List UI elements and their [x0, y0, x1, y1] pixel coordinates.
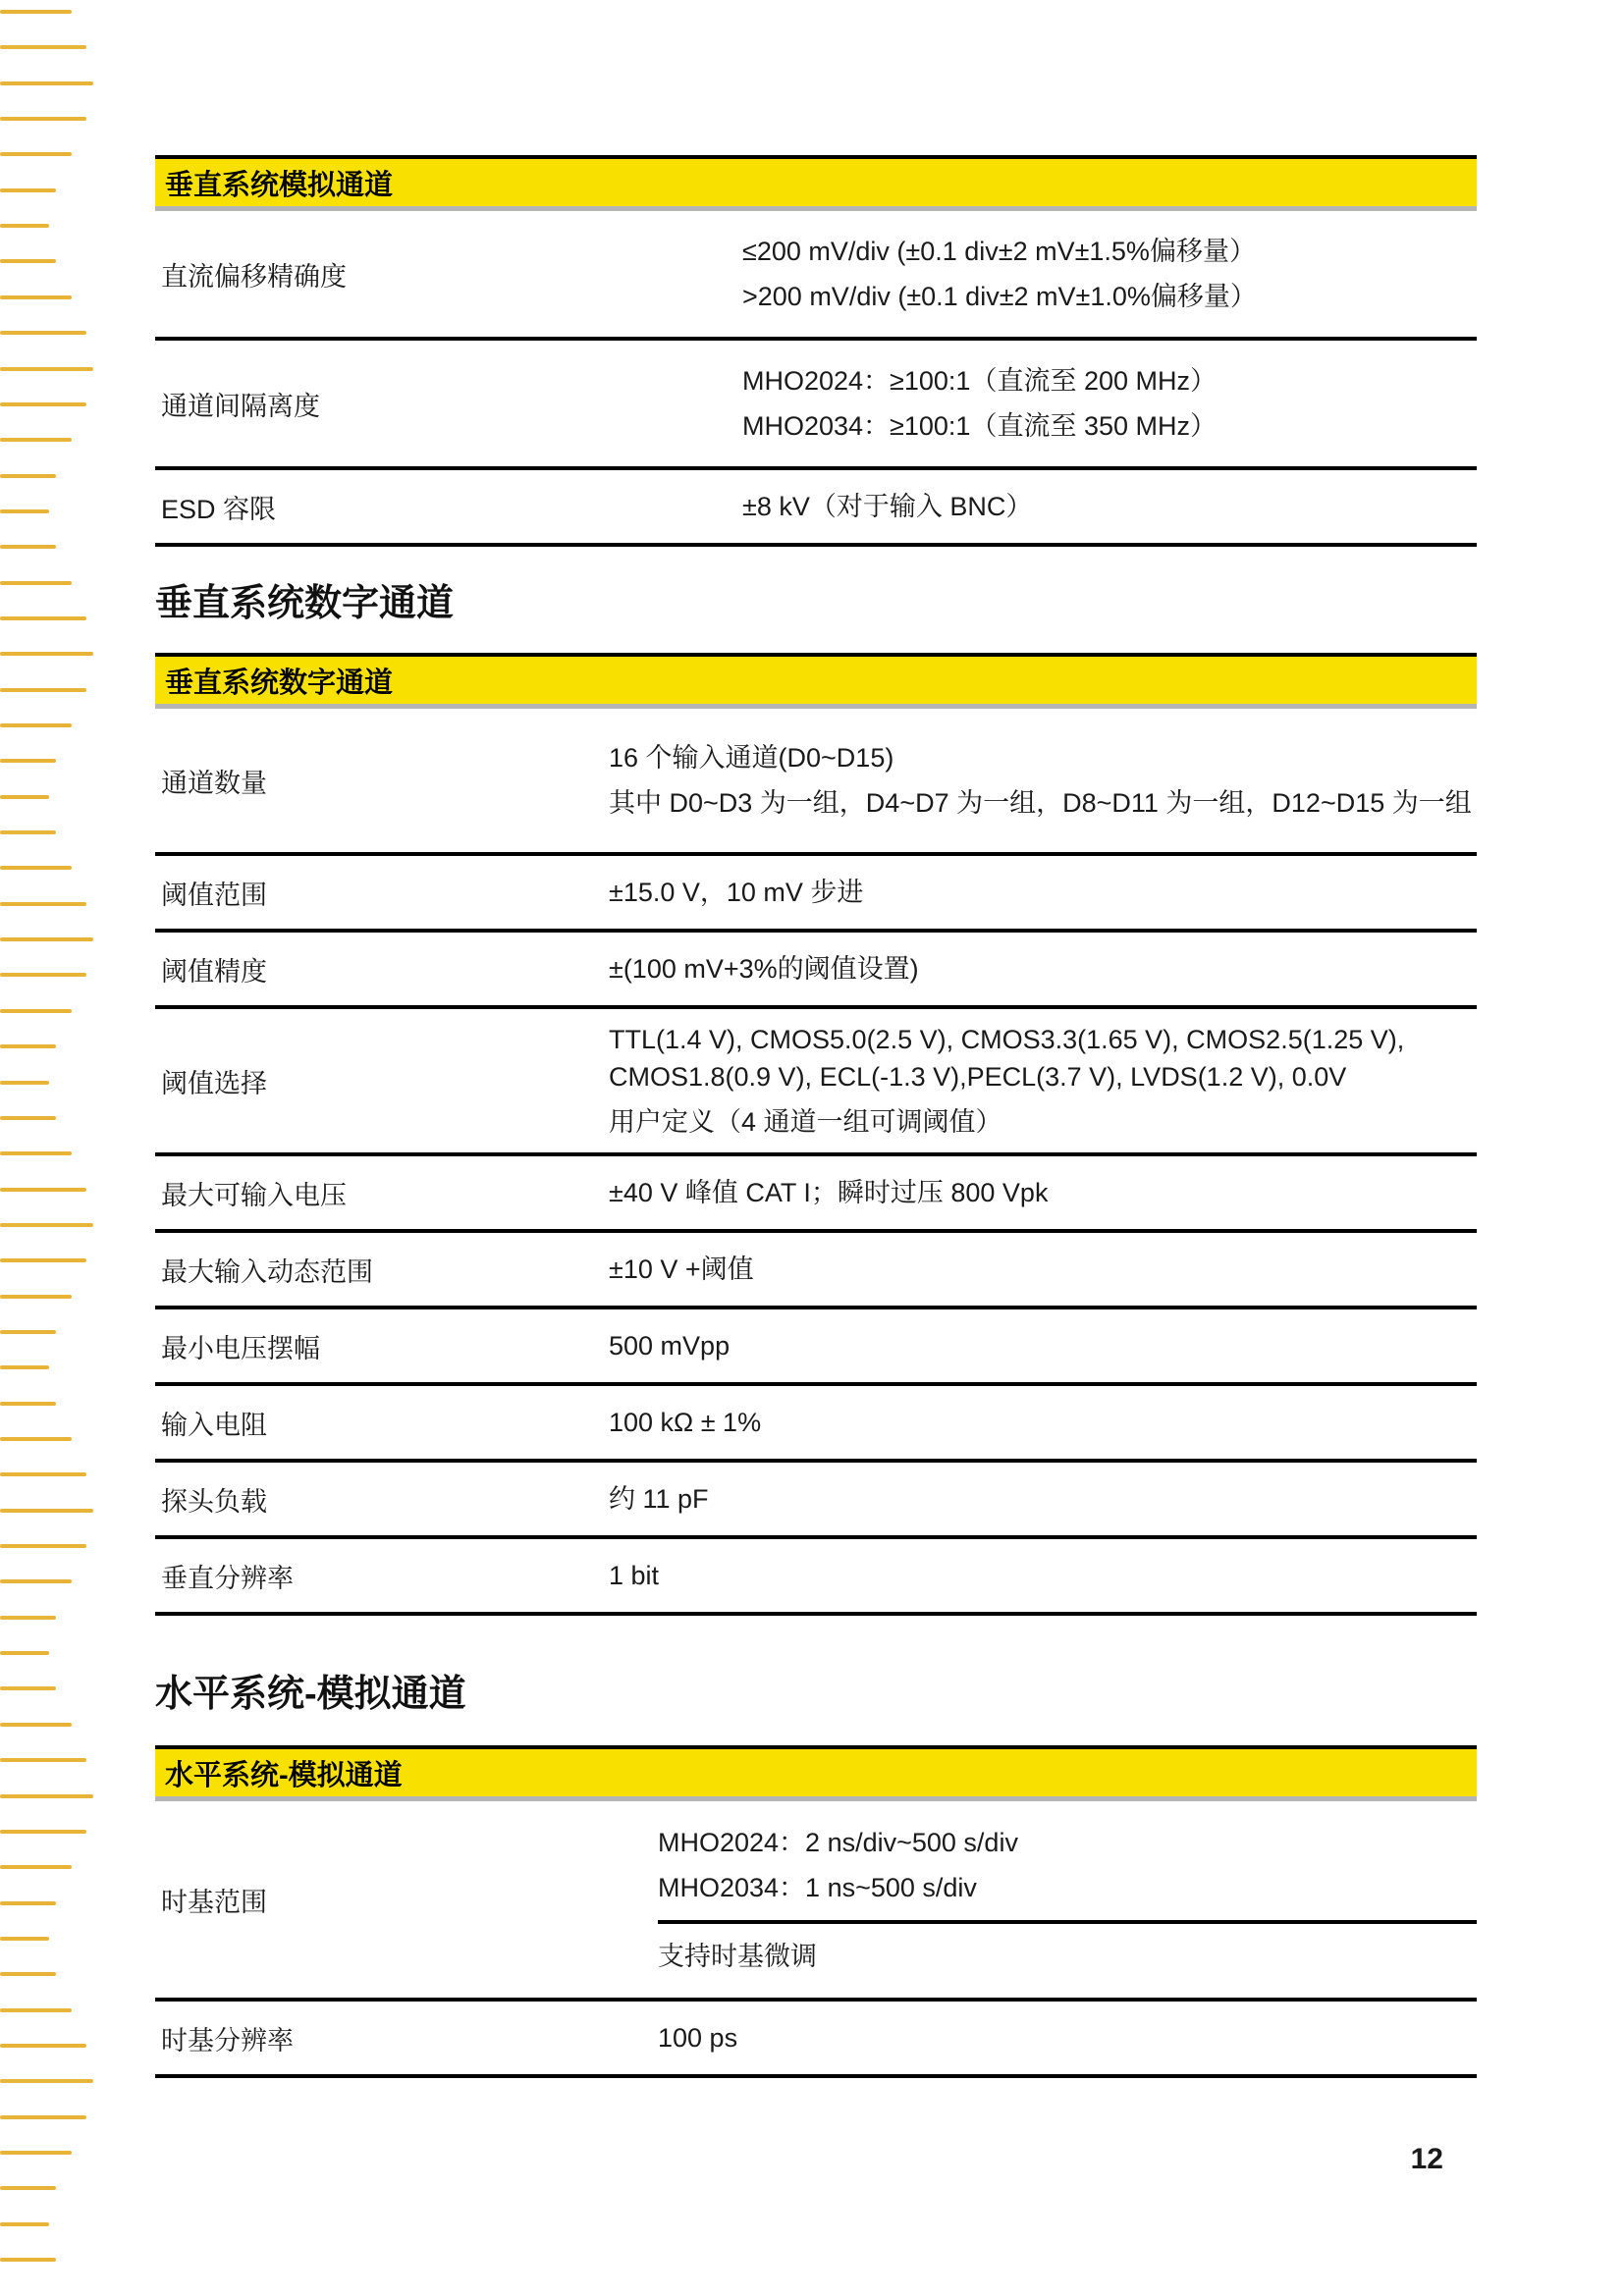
- decor-stripe: [0, 616, 86, 620]
- page-number: 12: [155, 2143, 1477, 2176]
- spec-label: 时基分辨率: [155, 2019, 658, 2057]
- decor-stripe: [0, 45, 86, 49]
- decor-stripe: [0, 1295, 72, 1299]
- decor-stripe: [0, 474, 56, 478]
- decor-stripe: [0, 1116, 56, 1120]
- table-row: 阈值精度 ±(100 mV+3%的阈值设置): [155, 933, 1477, 1009]
- page-content: 垂直系统模拟通道 直流偏移精确度 ≤200 mV/div (±0.1 div±2…: [155, 0, 1477, 2176]
- table-row: 直流偏移精确度 ≤200 mV/div (±0.1 div±2 mV±1.5%偏…: [155, 211, 1477, 341]
- decor-stripe: [0, 1258, 86, 1262]
- spec-label: 输入电阻: [155, 1404, 609, 1442]
- spec-value: 100 ps: [658, 2019, 1477, 2056]
- decor-stripe: [0, 1009, 72, 1013]
- decor-stripe: [0, 1402, 56, 1406]
- spec-value: 16 个输入通道(D0~D15): [609, 739, 1477, 776]
- spec-table-vertical-analog: 垂直系统模拟通道 直流偏移精确度 ≤200 mV/div (±0.1 div±2…: [155, 155, 1477, 547]
- decor-stripes: [0, 0, 118, 2296]
- spec-value-group: 约 11 pF: [609, 1472, 1477, 1525]
- decor-stripe: [0, 1865, 72, 1869]
- spec-value-group: 100 kΩ ± 1%: [609, 1396, 1477, 1449]
- spec-label: 最小电压摆幅: [155, 1327, 609, 1365]
- decor-stripe: [0, 1579, 72, 1583]
- spec-value: 支持时基微调: [658, 1938, 1477, 1975]
- spec-value-group: 16 个输入通道(D0~D15) 其中 D0~D3 为一组，D4~D7 为一组，…: [609, 731, 1477, 829]
- table-row: 阈值选择 TTL(1.4 V), CMOS5.0(2.5 V), CMOS3.3…: [155, 1009, 1477, 1156]
- decor-stripe: [0, 1830, 86, 1834]
- spec-label: 最大可输入电压: [155, 1174, 609, 1212]
- decor-stripe: [0, 259, 56, 263]
- table-row: 最大可输入电压 ±40 V 峰值 CAT I；瞬时过压 800 Vpk: [155, 1156, 1477, 1233]
- decor-stripe: [0, 902, 86, 906]
- spec-value: ±10 V +阈值: [609, 1251, 1477, 1288]
- spec-label: 垂直分辨率: [155, 1557, 609, 1595]
- spec-label: 通道数量: [155, 762, 609, 800]
- spec-value: MHO2034：≥100:1（直流至 350 MHz）: [742, 407, 1477, 445]
- spec-label: 直流偏移精确度: [155, 255, 742, 294]
- spec-label: 阈值范围: [155, 874, 609, 912]
- decor-stripe: [0, 759, 56, 763]
- spec-label: 时基范围: [155, 1881, 658, 1919]
- decor-stripe: [0, 1794, 93, 1798]
- table-row: 最小电压摆幅 500 mVpp: [155, 1309, 1477, 1386]
- spec-value-group: MHO2024：2 ns/div~500 s/div MHO2034：1 ns~…: [658, 1816, 1477, 1983]
- table-row: 输入电阻 100 kΩ ± 1%: [155, 1386, 1477, 1463]
- spec-value: MHO2024：≥100:1（直流至 200 MHz）: [742, 362, 1477, 400]
- table-row: 通道数量 16 个输入通道(D0~D15) 其中 D0~D3 为一组，D4~D7…: [155, 709, 1477, 856]
- sub-row-divider: [658, 1920, 1477, 1924]
- table-header-bar: 垂直系统模拟通道: [155, 155, 1477, 211]
- decor-stripe: [0, 866, 72, 870]
- decor-stripe: [0, 1901, 56, 1905]
- decor-stripe: [0, 509, 49, 513]
- spec-value: 其中 D0~D3 为一组，D4~D7 为一组，D8~D11 为一组，D12~D1…: [609, 784, 1477, 822]
- table-row: 垂直分辨率 1 bit: [155, 1539, 1477, 1616]
- table-row: 阈值范围 ±15.0 V，10 mV 步进: [155, 856, 1477, 933]
- decor-stripe: [0, 295, 72, 299]
- spec-value-group: MHO2024：≥100:1（直流至 200 MHz） MHO2034：≥100…: [742, 354, 1477, 453]
- decor-stripe: [0, 2258, 56, 2262]
- spec-value: ±40 V 峰值 CAT I；瞬时过压 800 Vpk: [609, 1174, 1477, 1211]
- decor-stripe: [0, 1723, 72, 1727]
- table-header-title: 垂直系统数字通道: [155, 661, 393, 701]
- decor-stripe: [0, 1151, 72, 1155]
- decor-stripe: [0, 1686, 56, 1690]
- spec-value: 1 bit: [609, 1557, 1477, 1594]
- decor-stripe: [0, 1044, 56, 1048]
- table-header-bar: 水平系统-模拟通道: [155, 1745, 1477, 1801]
- decor-stripe: [0, 2151, 72, 2155]
- decor-stripe: [0, 2079, 93, 2083]
- spec-value-group: ≤200 mV/div (±0.1 div±2 mV±1.5%偏移量） >200…: [742, 225, 1477, 323]
- decor-stripe: [0, 545, 56, 549]
- decor-stripe: [0, 1544, 86, 1548]
- decor-stripe: [0, 1937, 49, 1941]
- spec-value-group: ±8 kV（对于输入 BNC）: [742, 480, 1477, 533]
- spec-value-group: ±15.0 V，10 mV 步进: [609, 866, 1477, 919]
- decor-stripe: [0, 331, 86, 335]
- table-header-title: 水平系统-模拟通道: [155, 1753, 403, 1793]
- spec-label: 最大输入动态范围: [155, 1251, 609, 1289]
- decor-stripe: [0, 402, 86, 406]
- spec-value-group: 100 ps: [658, 2011, 1477, 2064]
- decor-stripe: [0, 224, 49, 228]
- decor-stripe: [0, 152, 72, 156]
- spec-value: 500 mVpp: [609, 1327, 1477, 1364]
- spec-value: TTL(1.4 V), CMOS5.0(2.5 V), CMOS3.3(1.65…: [609, 1021, 1477, 1095]
- decor-stripe: [0, 2186, 56, 2190]
- spec-value: 100 kΩ ± 1%: [609, 1404, 1477, 1441]
- decor-stripe: [0, 937, 93, 941]
- spec-value: 用户定义（4 通道一组可调阈值）: [609, 1103, 1477, 1141]
- table-row: 时基分辨率 100 ps: [155, 2002, 1477, 2078]
- table-row: 探头负载 约 11 pF: [155, 1463, 1477, 1539]
- decor-stripe: [0, 2044, 86, 2048]
- decor-stripe: [0, 795, 49, 799]
- spec-value-group: ±10 V +阈值: [609, 1243, 1477, 1296]
- decor-stripe: [0, 1330, 56, 1334]
- decor-stripe: [0, 973, 86, 977]
- document-page: 垂直系统模拟通道 直流偏移精确度 ≤200 mV/div (±0.1 div±2…: [0, 0, 1624, 2296]
- spec-value: ≤200 mV/div (±0.1 div±2 mV±1.5%偏移量）: [742, 233, 1477, 270]
- decor-stripe: [0, 2008, 72, 2012]
- decor-stripe: [0, 830, 56, 834]
- table-row: ESD 容限 ±8 kV（对于输入 BNC）: [155, 470, 1477, 547]
- decor-stripe: [0, 10, 72, 14]
- spec-table-vertical-digital: 垂直系统数字通道 通道数量 16 个输入通道(D0~D15) 其中 D0~D3 …: [155, 653, 1477, 1616]
- table-row: 通道间隔离度 MHO2024：≥100:1（直流至 200 MHz） MHO20…: [155, 341, 1477, 470]
- spec-value: ±8 kV（对于输入 BNC）: [742, 488, 1477, 525]
- spec-table-horizontal-analog: 水平系统-模拟通道 时基范围 MHO2024：2 ns/div~500 s/di…: [155, 1745, 1477, 2078]
- spec-value-group: 1 bit: [609, 1549, 1477, 1602]
- spec-value: MHO2024：2 ns/div~500 s/div: [658, 1824, 1477, 1861]
- spec-value: ±(100 mV+3%的阈值设置): [609, 950, 1477, 988]
- decor-stripe: [0, 723, 72, 727]
- section-heading: 垂直系统数字通道: [155, 582, 1477, 625]
- decor-stripe: [0, 367, 93, 371]
- decor-stripe: [0, 438, 72, 442]
- spec-label: 探头负载: [155, 1480, 609, 1519]
- section-heading: 水平系统-模拟通道: [155, 1673, 1477, 1716]
- spec-value: MHO2034：1 ns~500 s/div: [658, 1869, 1477, 1906]
- decor-stripe: [0, 1365, 49, 1369]
- decor-stripe: [0, 2115, 86, 2119]
- spec-value-group: TTL(1.4 V), CMOS5.0(2.5 V), CMOS3.3(1.65…: [609, 1013, 1477, 1148]
- spec-label: 阈值精度: [155, 950, 609, 988]
- decor-stripe: [0, 652, 93, 656]
- decor-stripe: [0, 1081, 49, 1085]
- spec-label: ESD 容限: [155, 488, 742, 526]
- decor-stripe: [0, 2222, 49, 2226]
- table-row: 时基范围 MHO2024：2 ns/div~500 s/div MHO2034：…: [155, 1801, 1477, 2002]
- decor-stripe: [0, 117, 86, 121]
- spec-value: 约 11 pF: [609, 1480, 1477, 1518]
- decor-stripe: [0, 1616, 56, 1620]
- decor-stripe: [0, 1509, 93, 1513]
- decor-stripe: [0, 1758, 86, 1762]
- spec-value: >200 mV/div (±0.1 div±2 mV±1.0%偏移量）: [742, 278, 1477, 315]
- spec-value-group: ±(100 mV+3%的阈值设置): [609, 942, 1477, 995]
- decor-stripe: [0, 1972, 56, 1976]
- table-header-bar: 垂直系统数字通道: [155, 653, 1477, 709]
- decor-stripe: [0, 1223, 93, 1227]
- spec-label: 阈值选择: [155, 1062, 609, 1100]
- decor-stripe: [0, 81, 93, 85]
- decor-stripe: [0, 1437, 72, 1441]
- decor-stripe: [0, 688, 86, 692]
- spec-value: ±15.0 V，10 mV 步进: [609, 874, 1477, 911]
- table-row: 最大输入动态范围 ±10 V +阈值: [155, 1233, 1477, 1309]
- table-header-title: 垂直系统模拟通道: [155, 163, 393, 203]
- decor-stripe: [0, 1472, 86, 1476]
- spec-label: 通道间隔离度: [155, 385, 742, 423]
- spec-value-group: ±40 V 峰值 CAT I；瞬时过压 800 Vpk: [609, 1166, 1477, 1219]
- decor-stripe: [0, 1188, 86, 1192]
- decor-stripe: [0, 581, 72, 585]
- decor-stripe: [0, 188, 56, 192]
- spec-value-group: 500 mVpp: [609, 1319, 1477, 1372]
- decor-stripe: [0, 1651, 49, 1655]
